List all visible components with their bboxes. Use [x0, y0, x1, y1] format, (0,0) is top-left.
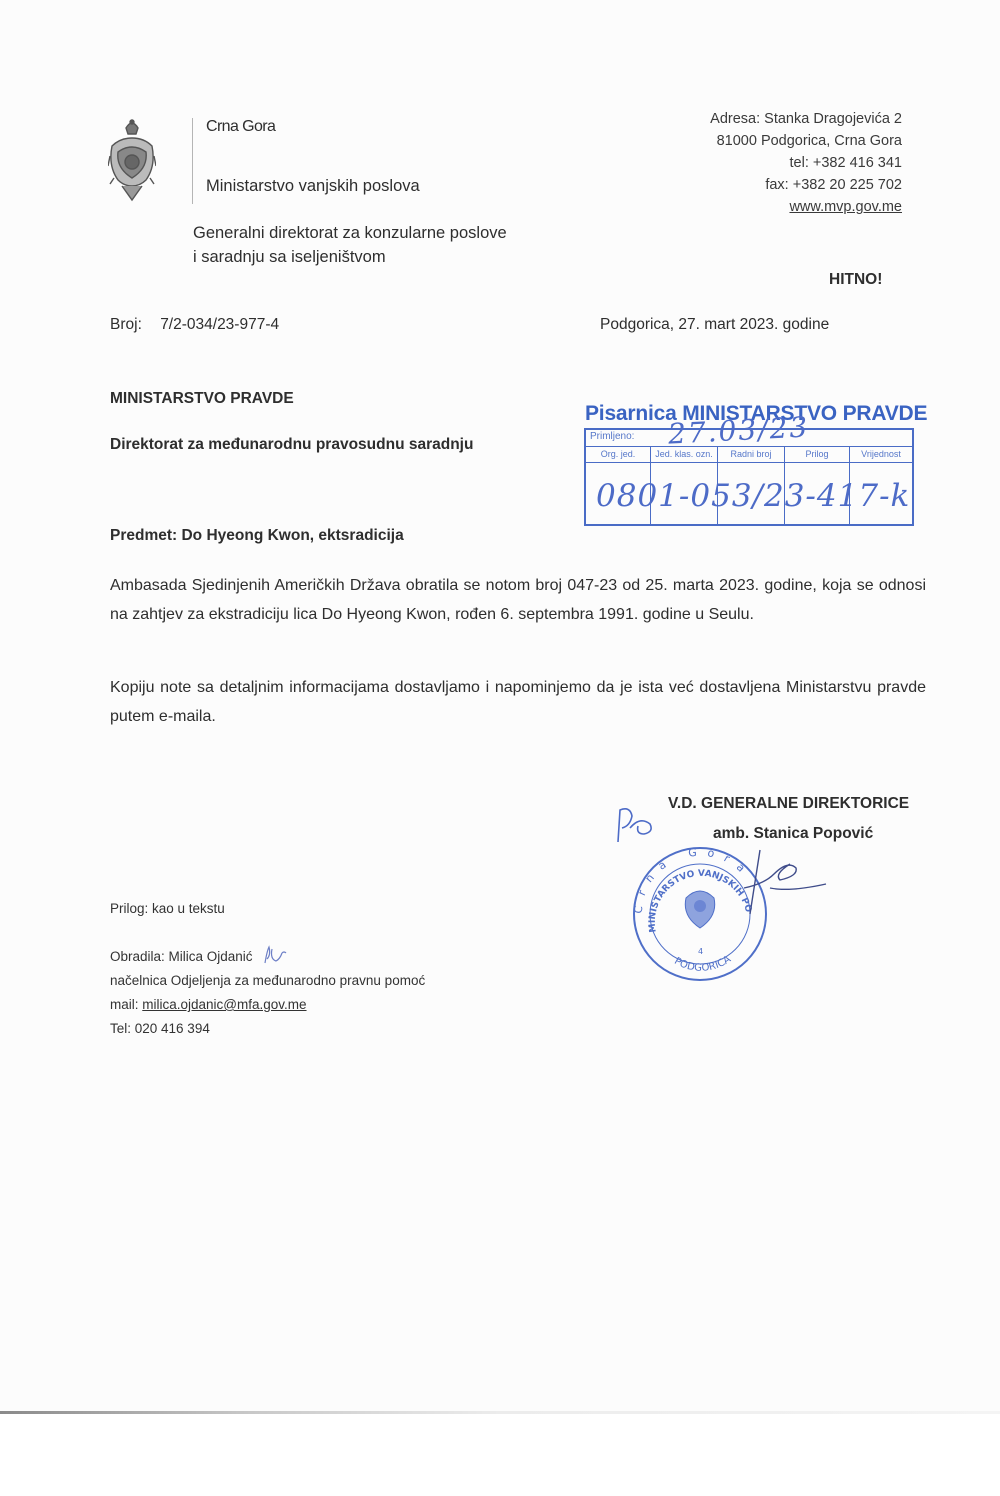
address-fax: fax: +382 20 225 702 — [710, 174, 902, 196]
stamp-col-header: Radni broj — [718, 447, 785, 462]
stamp-col-header: Org. jed. — [586, 447, 651, 462]
sender-address: Adresa: Stanka Dragojevića 2 81000 Podgo… — [710, 108, 902, 218]
recipient-name: MINISTARSTVO PRAVDE — [110, 390, 294, 408]
signatory-name: amb. Stanica Popović — [713, 825, 873, 843]
prepared-by-line: Obradila: Milica Ojdanić — [110, 945, 425, 969]
website-link[interactable]: www.mvp.gov.me — [710, 196, 902, 218]
reference-label: Broj: — [110, 316, 142, 333]
preparer-position: načelnica Odjeljenja za međunarodno prav… — [110, 969, 425, 993]
address-city: 81000 Podgorica, Crna Gora — [710, 130, 902, 152]
letterhead-divider — [192, 118, 193, 204]
seal-number: 4 — [698, 947, 703, 956]
ministry-name: Ministarstvo vanjskih poslova — [206, 177, 420, 196]
recipient-department: Direktorat za međunarodnu pravosudnu sar… — [110, 436, 473, 454]
directorate-line-2: i saradnju sa iseljeništvom — [193, 245, 507, 269]
reference-value: 7/2-034/23-977-4 — [160, 316, 279, 333]
handwritten-signature-icon — [740, 848, 830, 918]
svg-text:PODGORICA: PODGORICA — [672, 954, 733, 974]
montenegro-coat-of-arms-icon — [108, 116, 156, 204]
urgency-label: HITNO! — [829, 271, 882, 289]
seal-city-text: PODGORICA — [672, 954, 733, 974]
attachment-note: Prilog: kao u tekstu — [110, 901, 225, 916]
place-date: Podgorica, 27. mart 2023. godine — [600, 316, 829, 334]
directorate-line-1: Generalni direktorat za konzularne poslo… — [193, 221, 507, 245]
stamp-col-header: Vrijednost — [850, 447, 912, 462]
handwritten-initial-icon — [612, 802, 662, 846]
preparer-tel: Tel: 020 416 394 — [110, 1017, 425, 1041]
scan-edge-shadow — [0, 1411, 1000, 1414]
stamp-received-label: Primljeno: — [590, 431, 634, 442]
address-tel: tel: +382 416 341 — [710, 152, 902, 174]
country-name: Crna Gora — [206, 118, 275, 136]
body-paragraph-2: Kopiju note sa detaljnim informacijama d… — [110, 673, 926, 731]
email-link[interactable]: milica.ojdanic@mfa.gov.me — [142, 997, 306, 1012]
signatory-title: V.D. GENERALNE DIREKTORICE — [668, 795, 909, 813]
subject-line: Predmet: Do Hyeong Kwon, ektsradicija — [110, 527, 404, 545]
handwritten-initials-icon — [262, 945, 288, 965]
mail-label: mail: — [110, 997, 142, 1012]
address-street: Adresa: Stanka Dragojevića 2 — [710, 108, 902, 130]
body-paragraph-1: Ambasada Sjedinjenih Američkih Država ob… — [110, 571, 926, 629]
handwritten-file-number: 0801-053/23-417-k — [596, 478, 910, 514]
preparer-mail-line: mail: milica.ojdanic@mfa.gov.me — [110, 993, 425, 1017]
reference-number: Broj: 7/2-034/23-977-4 — [110, 316, 279, 334]
prepared-by-block: Obradila: Milica Ojdanić načelnica Odjel… — [110, 945, 425, 1041]
stamp-col-header: Prilog — [785, 447, 850, 462]
stamp-header-row: Org. jed. Jed. klas. ozn. Radni broj Pri… — [586, 447, 912, 463]
directorate-name: Generalni direktorat za konzularne poslo… — [193, 221, 507, 269]
prepared-by: Obradila: Milica Ojdanić — [110, 949, 253, 964]
